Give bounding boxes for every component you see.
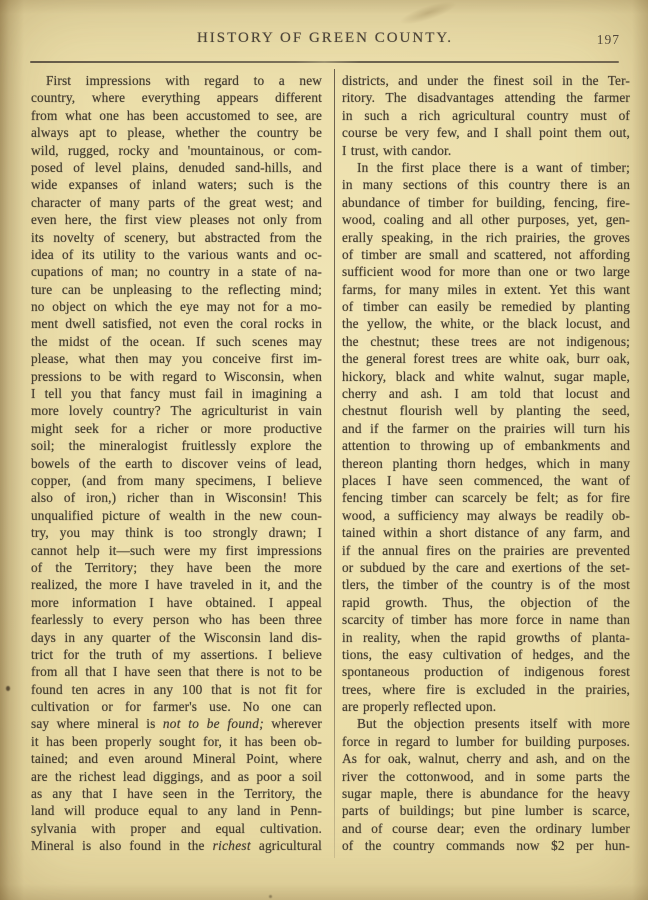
text-line: fencing timber can scarcely be felt; as … <box>342 489 630 506</box>
text-line: In the first place there is a want of ti… <box>342 159 630 176</box>
text-line: fearlessly to every person who has been … <box>31 611 322 628</box>
text-line: of timber are small and scattered, not a… <box>342 246 630 263</box>
text-line: pressions to be with regard to Wisconsin… <box>31 368 322 385</box>
text-line: in many sections of this country there i… <box>342 176 630 193</box>
text-line: But the objection presents itself with m… <box>342 715 630 732</box>
text-line: soil; the mineralogist fruitlessly explo… <box>31 437 322 454</box>
text-line: if the annual fires on the prairies are … <box>342 542 630 559</box>
text-line: of the country commands now $2 per hun- <box>342 837 630 854</box>
left-column: First impressions with regard to a newco… <box>31 72 322 855</box>
text-line: As for oak, walnut, cherry and ash, and … <box>342 750 630 767</box>
text-line: river the cottonwood, and in some parts … <box>342 768 630 785</box>
text-line: the chestnut; these trees are not indige… <box>342 333 630 350</box>
text-line: land will produce equal to any land in P… <box>31 802 322 819</box>
text-line: cupations of man; no country in a state … <box>31 263 322 280</box>
page-number: 197 <box>597 32 620 48</box>
text-line: might seek for a richer or more producti… <box>31 420 322 437</box>
text-line: cultivation or for farmer's use. No one … <box>31 698 322 715</box>
text-line: from what one has been accustomed to see… <box>31 107 322 124</box>
text-line: wild, rugged, rocky and 'mountainous, or… <box>31 142 322 159</box>
text-line: places I have seen commenced, the want o… <box>342 472 630 489</box>
text-line: districts, and under the finest soil in … <box>342 72 630 89</box>
text-line: Mineral is also found in the richest agr… <box>31 837 322 854</box>
text-line: its novelty of scenery, but abstracted f… <box>31 229 322 246</box>
text-line: hickory, black and white walnut, sugar m… <box>342 368 630 385</box>
text-line: no object on which the eye may not for a… <box>31 298 322 315</box>
text-line: erally speaking, in the rich prairies, t… <box>342 229 630 246</box>
text-line: wide expanses of inland waters; such is … <box>31 176 322 193</box>
text-line: rapid growth. Thus, the objection of the <box>342 594 630 611</box>
text-line: idea of its utility to the various wants… <box>31 246 322 263</box>
text-line: of the Territory; they have been the mor… <box>31 559 322 576</box>
text-line: course be very few, and I shall point th… <box>342 124 630 141</box>
text-line: cannot help it—such were my first impres… <box>31 542 322 559</box>
text-line: even here, the first view pleases not on… <box>31 211 322 228</box>
text-line: ment dwell satisfied, not even the coral… <box>31 315 322 332</box>
text-line: tions, the easy cultivation of hedges, a… <box>342 646 630 663</box>
text-line: abundance of timber for building, fencin… <box>342 194 630 211</box>
text-line: realized, the more I have traveled in it… <box>31 576 322 593</box>
text-line: spontaneous production of indigenous for… <box>342 663 630 680</box>
text-line: force in regard to lumber for building p… <box>342 733 630 750</box>
text-line: of timber can easily be remedied by plan… <box>342 298 630 315</box>
text-line: attention to throwing up of embankments … <box>342 437 630 454</box>
text-line: thereon planting thorn hedges, which in … <box>342 455 630 472</box>
text-line: tained; and even around Mineral Point, w… <box>31 750 322 767</box>
text-line: bowels of the earth to discover veins of… <box>31 455 322 472</box>
text-line: say where mineral is not to be found; wh… <box>31 715 322 732</box>
text-line: character of many parts of the great wes… <box>31 194 322 211</box>
text-line: are properly reflected upon. <box>342 698 630 715</box>
text-line: always apt to please, whether the countr… <box>31 124 322 141</box>
text-line: scarcity of timber has more force in nam… <box>342 611 630 628</box>
text-line: trict for the truth of my assertions. I … <box>31 646 322 663</box>
text-line: please, what then may you conceive first… <box>31 350 322 367</box>
text-line: the general forest trees are white oak, … <box>342 350 630 367</box>
text-line: chestnut flourish well by planting the s… <box>342 402 630 419</box>
text-line: days in any quarter of the Wisconsin lan… <box>31 629 322 646</box>
text-line: cherry and ash. I am told that locust an… <box>342 385 630 402</box>
text-line: it has been properly sought for, it has … <box>31 733 322 750</box>
text-line: unqualified picture of wealth in the new… <box>31 507 322 524</box>
book-page-scan: HISTORY OF GREEN COUNTY. 197 First impre… <box>0 0 648 900</box>
text-line: I trust, with candor. <box>342 142 630 159</box>
text-line: in reality, when the rapid growths of pl… <box>342 629 630 646</box>
text-line: more information I have obtained. I appe… <box>31 594 322 611</box>
header-rule <box>30 61 619 63</box>
text-line: or subdued by the care and exertions of … <box>342 559 630 576</box>
text-line: and of course dear; even the ordinary lu… <box>342 820 630 837</box>
text-line: sufficient wood for more than one or two… <box>342 263 630 280</box>
text-line: posed of level plains, denuded sand-hill… <box>31 159 322 176</box>
text-line: found ten acres in any 100 that is not f… <box>31 681 322 698</box>
column-divider <box>334 69 335 858</box>
text-line: I tell you that fancy must fail in imagi… <box>31 385 322 402</box>
text-line: wood, coaling and all other purposes, ye… <box>342 211 630 228</box>
right-column: districts, and under the finest soil in … <box>342 72 630 855</box>
text-line: First impressions with regard to a new <box>31 72 322 89</box>
text-line: in such a rich agricultural country must… <box>342 107 630 124</box>
text-line: and if the farmer on the prairies will t… <box>342 420 630 437</box>
text-line: wood, a sufficiency may always be readil… <box>342 507 630 524</box>
text-line: ritory. The disadvantages attending the … <box>342 89 630 106</box>
text-line: parts of buildings; but pine lumber is s… <box>342 802 630 819</box>
text-line: copper, (and from many specimens, I beli… <box>31 472 322 489</box>
text-line: tained within a short distance of any fa… <box>342 524 630 541</box>
text-line: also of iron,) richer than in Wisconsin!… <box>31 489 322 506</box>
ink-speck <box>269 895 272 898</box>
text-line: tlers, the timber of the country is of t… <box>342 576 630 593</box>
text-line: are the richest lead diggings, and as po… <box>31 768 322 785</box>
text-line: ture can be unpleasing to the reflecting… <box>31 281 322 298</box>
text-line: the yellow, the white, or the black locu… <box>342 315 630 332</box>
ink-speck <box>6 686 10 691</box>
text-line: the midst of the ocean. If such scenes m… <box>31 333 322 350</box>
text-line: trees, where fire is excluded in the pra… <box>342 681 630 698</box>
text-line: country, where everything appears differ… <box>31 89 322 106</box>
text-line: more lovely country? The agriculturist i… <box>31 402 322 419</box>
text-line: sylvania with proper and equal cultivati… <box>31 820 322 837</box>
paper-smudge <box>397 0 458 29</box>
text-line: as any that I have seen in the Territory… <box>31 785 322 802</box>
text-line: try, you may think is too strongly drawn… <box>31 524 322 541</box>
text-line: from all that I have seen that there is … <box>31 663 322 680</box>
page-title: HISTORY OF GREEN COUNTY. <box>30 30 620 47</box>
text-line: farms, for many miles in extent. Yet thi… <box>342 281 630 298</box>
text-line: sugar maple, there is abundance for the … <box>342 785 630 802</box>
